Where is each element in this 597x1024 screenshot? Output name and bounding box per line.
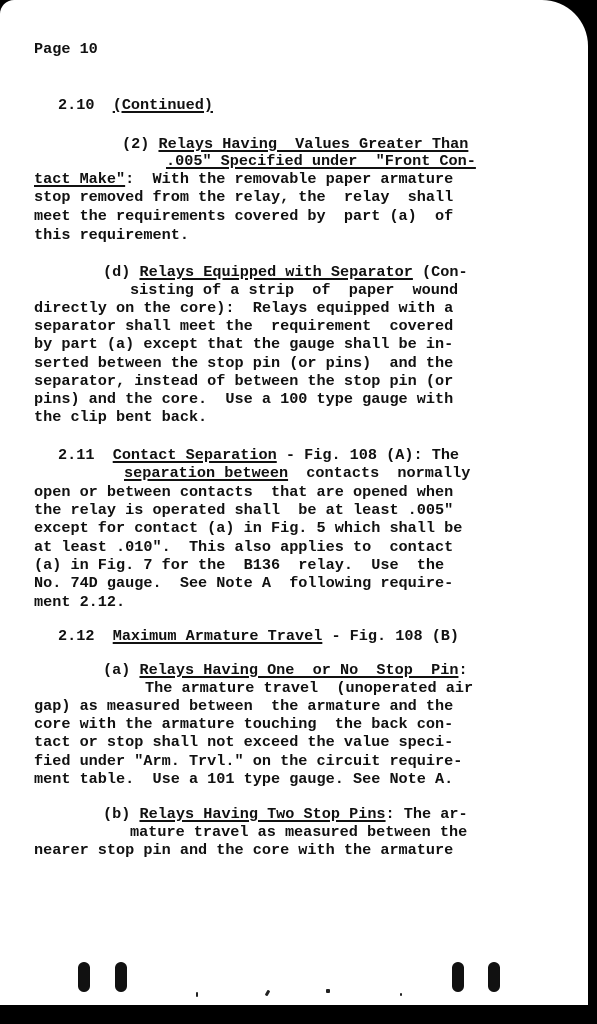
section-2-11-line-5: except for contact (a) in Fig. 5 which s… [34,519,462,537]
item-2-line-1: (2) Relays Having Values Greater Than [122,135,468,153]
section-number: 2.12 [58,627,94,645]
binder-hole-mark [78,962,90,992]
item-d-line-1: (d) Relays Equipped with Separator (Con- [103,263,468,281]
item-2-12-b-line-3: nearer stop pin and the core with the ar… [34,841,453,859]
body-text: - Fig. 108 (B) [322,627,459,645]
ink-speck [326,989,330,993]
item-d-line-9: the clip bent back. [34,408,207,426]
item-2-line-2: .005" Specified under "Front Con- [166,152,476,170]
item-d-line-7: separator, instead of between the stop p… [34,372,453,390]
section-2-11-line-8: No. 74D gauge. See Note A following requ… [34,574,453,592]
body-text: (Con- [413,263,468,281]
section-2-11-line-1: 2.11 Contact Separation - Fig. 108 (A): … [58,446,459,464]
item-2-12-a-line-5: tact or stop shall not exceed the value … [34,733,453,751]
section-number: 2.10 [58,96,94,114]
item-2-12-a-line-6: fied under "Arm. Trvl." on the circuit r… [34,752,462,770]
ink-speck [196,992,198,997]
item-2-line-3: tact Make": With the removable paper arm… [34,170,453,188]
item-heading: Relays Having Values Greater Than [158,135,468,153]
section-2-11-line-9: ment 2.12. [34,593,125,611]
section-2-12-heading: 2.12 Maximum Armature Travel - Fig. 108 … [58,627,459,645]
ink-speck [265,990,271,997]
item-2-line-5: meet the requirements covered by part (a… [34,207,453,225]
item-2-12-b-line-2: mature travel as measured between the [130,823,467,841]
page-number: Page 10 [34,40,98,58]
item-2-12-b-line-1: (b) Relays Having Two Stop Pins: The ar- [103,805,468,823]
item-2-line-6: this requirement. [34,226,189,244]
item-marker: (b) [103,805,130,823]
ink-speck [400,993,402,996]
section-heading-cont: separation between [124,464,288,482]
item-heading-cont: tact Make" [34,170,125,188]
item-marker: (a) [103,661,130,679]
item-d-line-4: separator shall meet the requirement cov… [34,317,453,335]
document-page: Page 10 2.10 (Continued) (2) Relays Havi… [0,0,588,1005]
item-d-line-5: by part (a) except that the gauge shall … [34,335,453,353]
section-2-11-line-6: at least .010". This also applies to con… [34,538,453,556]
item-heading: Relays Having One or No Stop Pin [139,661,458,679]
item-marker: (d) [103,263,130,281]
binder-hole-mark [488,962,500,992]
body-text: : The ar- [386,805,468,823]
item-heading: Relays Equipped with Separator [139,263,412,281]
section-2-11-line-2: separation between contacts normally [124,464,470,482]
body-text: contacts normally [288,464,470,482]
body-text: : [458,661,467,679]
item-d-line-8: pins) and the core. Use a 100 type gauge… [34,390,453,408]
section-2-10-heading: 2.10 (Continued) [58,96,213,114]
item-heading: Relays Having Two Stop Pins [139,805,385,823]
binder-hole-mark [452,962,464,992]
item-2-12-a-line-7: ment table. Use a 101 type gauge. See No… [34,770,453,788]
item-d-line-6: serted between the stop pin (or pins) an… [34,354,453,372]
item-2-line-4: stop removed from the relay, the relay s… [34,188,453,206]
section-2-11-line-7: (a) in Fig. 7 for the B136 relay. Use th… [34,556,444,574]
section-number: 2.11 [58,446,94,464]
item-d-line-3: directly on the core): Relays equipped w… [34,299,453,317]
item-2-12-a-line-4: core with the armature touching the back… [34,715,453,733]
body-text: - Fig. 108 (A): The [277,446,459,464]
item-marker: (2) [122,135,149,153]
section-2-11-line-4: the relay is operated shall be at least … [34,501,453,519]
item-2-12-a-line-1: (a) Relays Having One or No Stop Pin: [103,661,468,679]
section-2-11-line-3: open or between contacts that are opened… [34,483,453,501]
binder-hole-mark [115,962,127,992]
section-title: (Continued) [113,96,213,114]
item-d-line-2: sisting of a strip of paper wound [130,281,458,299]
section-heading: Contact Separation [113,446,277,464]
item-2-12-a-line-2: The armature travel (unoperated air [145,679,473,697]
body-text: : With the removable paper armature [125,170,453,188]
item-2-12-a-line-3: gap) as measured between the armature an… [34,697,453,715]
section-heading: Maximum Armature Travel [113,627,323,645]
